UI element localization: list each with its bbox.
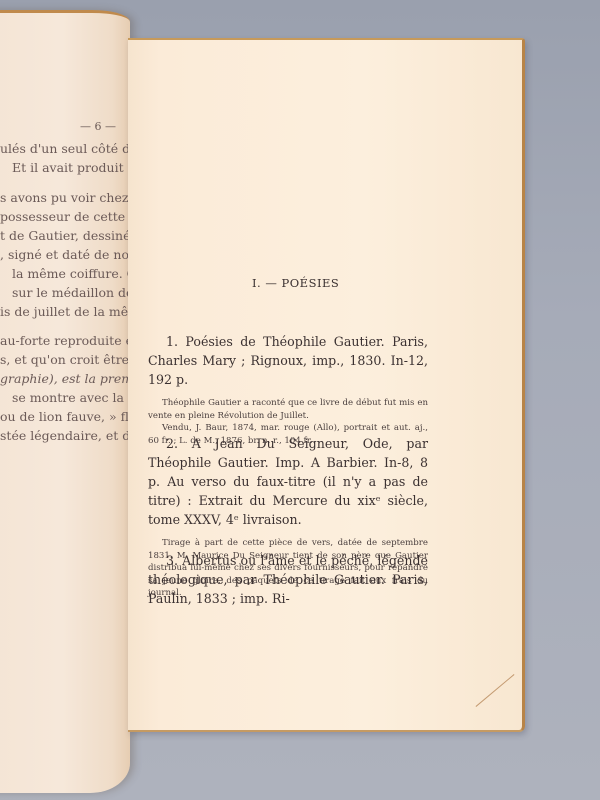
left-line: ulés d'un seul côté de la tête, si a p xyxy=(0,139,130,158)
left-line: la même coiffure. C'est aussi a xyxy=(12,264,130,283)
left-line: possesseur de cette curieuse peint xyxy=(0,207,130,226)
left-line: au-forte reproduite en tête des Prem xyxy=(0,331,130,350)
left-line: sur le médaillon de Jean Du Seign xyxy=(12,283,130,302)
left-line: Et il avait produit son effet. xyxy=(12,158,130,177)
left-page-number: — 6 — xyxy=(80,117,116,136)
entry-note: Théophile Gautier a raconté que ce livre… xyxy=(148,397,428,422)
left-line: stée légendaire, et dont il a pu se p xyxy=(0,426,130,445)
bibliography-entry-3: 3. Albertus ou l'âme et le péché, légend… xyxy=(148,551,428,608)
bibliography-entry-1: 1. Poésies de Théophile Gautier. Paris, … xyxy=(148,332,428,447)
left-line: graphie), est la première de ss n xyxy=(0,369,130,388)
entry-title: 2. A Jean Du Seigneur, Ode, par Théophil… xyxy=(148,434,428,529)
left-line: se montre avec la chevelure à tous xyxy=(12,388,130,407)
left-line: is de juillet de la même année. xyxy=(0,302,130,321)
left-line: ou de lion fauve, » flottant sur les xyxy=(0,407,130,426)
entry-title: 1. Poésies de Théophile Gautier. Paris, … xyxy=(148,332,428,389)
entry-title: 3. Albertus ou l'âme et le péché, légend… xyxy=(148,551,428,608)
left-line: t de Gautier, dessiné par lui-mêm xyxy=(0,226,130,245)
left-line: , signé et daté de novembre 183 xyxy=(0,245,130,264)
left-page: — 6 — ulés d'un seul côté de la tête, si… xyxy=(0,10,130,793)
left-line: s avons pu voir chez M. A. P.-Malas xyxy=(0,188,130,207)
section-heading: I. — POÉSIES xyxy=(252,276,339,290)
left-line: s, et qu'on croit être de 1833 (voir xyxy=(0,350,130,369)
